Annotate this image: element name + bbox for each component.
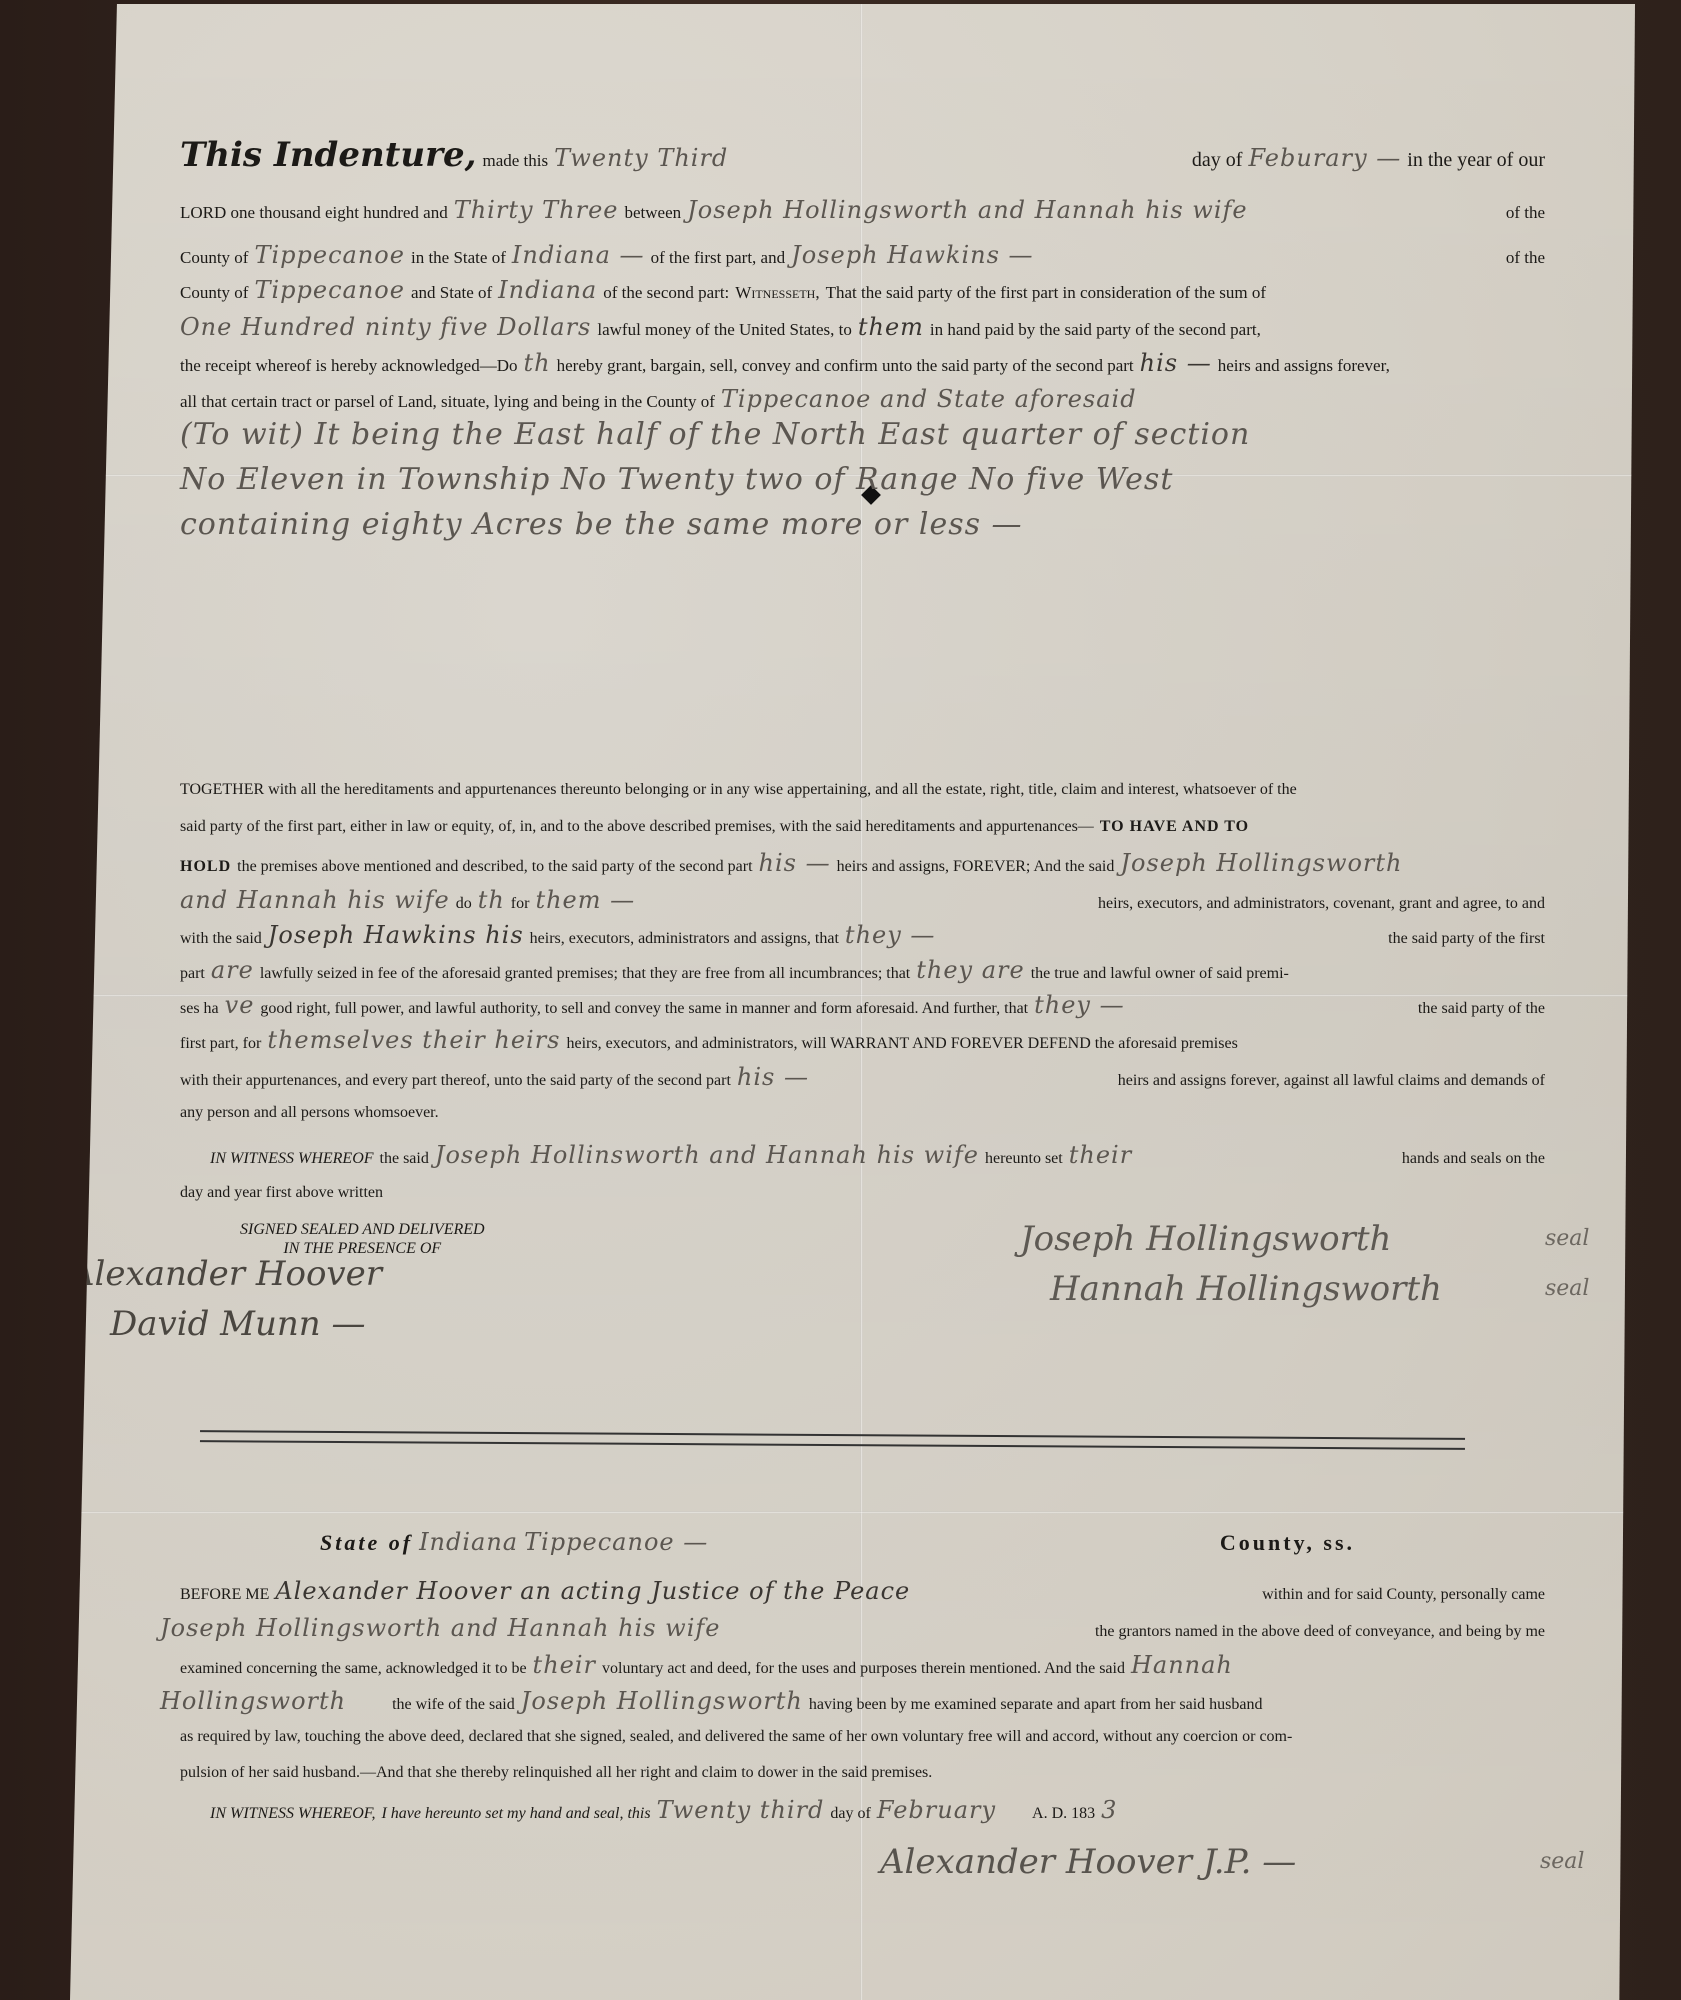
justice-signature: Alexander Hoover J.P. — [880,1842,1296,1882]
indenture-heading: This Indenture, made this Twenty Third d… [180,144,1545,172]
grantor-signature-2: Hannah Hollingsworth [1050,1269,1442,1309]
land-description-line: (To wit) It being the East half of the N… [180,424,1545,446]
acknowledgment-heading: State of Indiana Tippecanoe — County, ss… [320,1531,1355,1554]
grantor-signature-1: Joseph Hollingsworth [1020,1219,1391,1259]
grantee-field: Joseph Hawkins — [791,244,1033,266]
witness-signature-2: David Munn — [110,1304,366,1344]
signed-sealed-label: SIGNED SEALED AND DELIVERED IN THE PRESE… [240,1220,485,1258]
seal-mark: seal [1540,1849,1584,1874]
seal-mark: seal [1545,1276,1589,1301]
grantors-field: Joseph Hollingsworth and Hannah his wife [687,199,1247,221]
day-field: Twenty Third [554,147,728,169]
witness-signature-1: Alexander Hoover [70,1254,382,1294]
divider-rule [200,1430,1465,1450]
land-description-line: No Eleven in Township No Twenty two of R… [180,469,1545,491]
land-description-line: containing eighty Acres be the same more… [180,514,1545,536]
deed-paper: This Indenture, made this Twenty Third d… [70,4,1635,2000]
document-title: This Indenture, [180,144,476,166]
month-field: Feburary — [1248,147,1401,169]
seal-mark: seal [1545,1226,1589,1251]
horizontal-fold [70,1511,1635,1514]
witness-clause: IN WITNESS WHEREOF the said Joseph Holli… [210,1144,1545,1170]
sum-field: One Hundred ninty five Dollars [180,316,591,338]
year-field: Thirty Three [454,199,619,221]
